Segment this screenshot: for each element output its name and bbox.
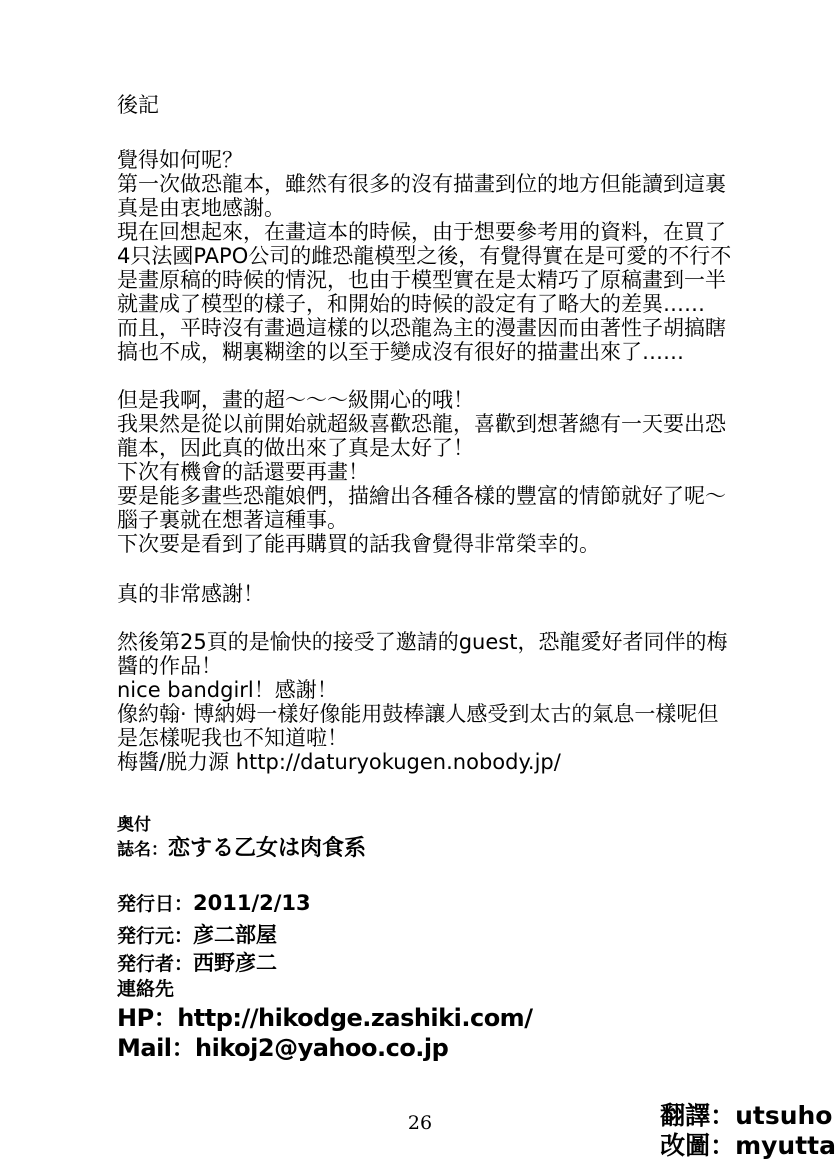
author-label: 発行者： [117,953,193,975]
publish-date-label: 発行日： [117,893,193,915]
publish-date-value: 2011/2/13 [193,891,311,915]
colophon-mail: Mail：hikoj2@yahoo.co.jp [117,1028,448,1063]
colophon-publisher-circle: 発行元：彦二部屋 [117,919,277,949]
afterword-paragraph-1: 覺得如何呢？ 第一次做恐龍本，雖然有很多的沒有描畫到位的地方但能讀到這裏 真是由… [117,148,747,364]
guest-credit-paragraph: 然後第25頁的是愉快的接受了邀請的guest，恐龍愛好者同伴的梅 醬的作品！ n… [117,630,747,774]
colophon-magazine-title: 誌名：恋する乙女は肉食系 [117,831,366,862]
publisher-circle-value: 彦二部屋 [193,923,277,947]
colophon-author: 発行者：西野彦二 [117,947,277,977]
page-title: 後記 [117,93,159,117]
contact-heading-label: 連絡先 [117,978,174,1000]
translation-credits: 翻譯：utsuho 改圖：myutta [660,1101,836,1161]
magazine-title-value: 恋する乙女は肉食系 [168,836,366,861]
publisher-circle-label: 発行元： [117,925,193,947]
author-value: 西野彦二 [193,951,277,975]
magazine-title-label: 誌名： [117,840,168,860]
colophon-publish-date: 発行日：2011/2/13 [117,889,311,916]
mail-address: hikoj2@yahoo.co.jp [195,1034,448,1062]
afterword-page: 後記 覺得如何呢？ 第一次做恐龍本，雖然有很多的沒有描畫到位的地方但能讀到這裏 … [0,0,840,1175]
afterword-paragraph-2: 但是我啊，畫的超～～～級開心的哦！ 我果然是從以前開始就超級喜歡恐龍，喜歡到想著… [117,388,747,556]
mail-label: Mail： [117,1034,195,1062]
afterword-thanks-line: 真的非常感謝！ [117,582,747,606]
colophon-contact-heading: 連絡先 [117,974,174,1001]
